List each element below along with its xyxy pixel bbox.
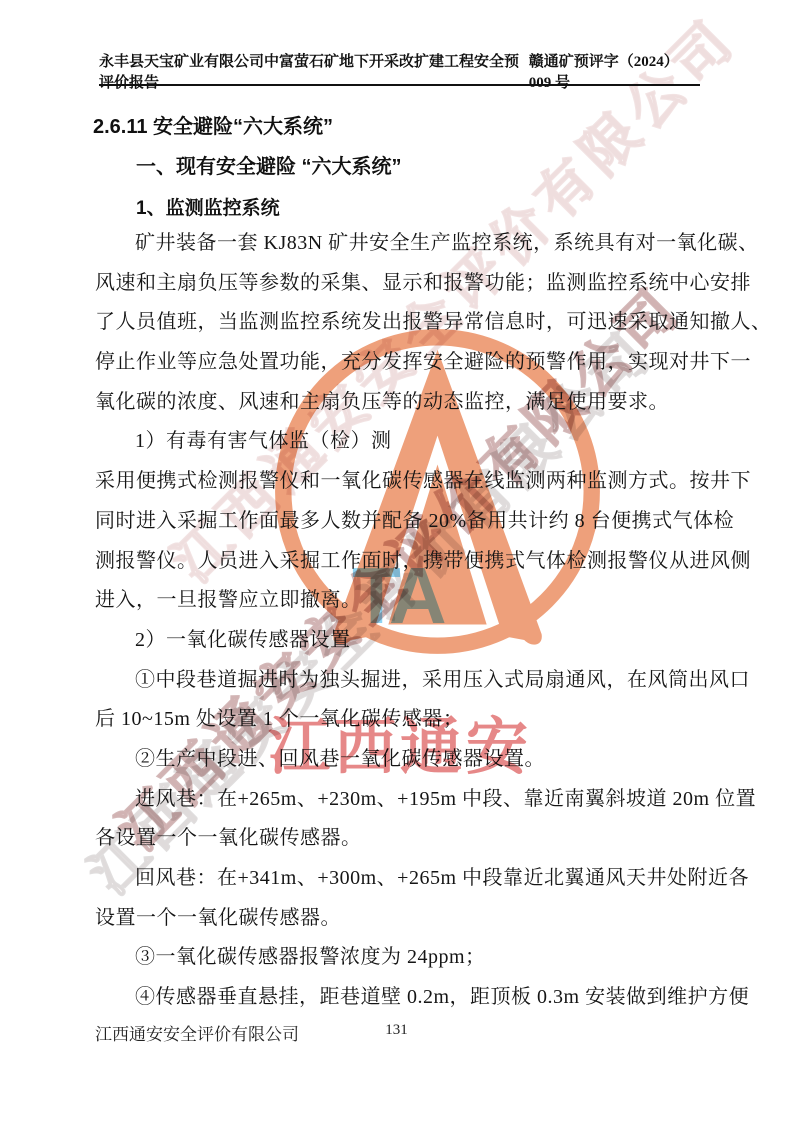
section-heading: 2.6.11 安全避险“六大系统” (93, 110, 333, 139)
page-header: 永丰县天宝矿业有限公司中富萤石矿地下开采改扩建工程安全预评价报告 赣通矿预评字（… (99, 52, 700, 94)
body-line: 了人员值班，当监测监控系统发出报警异常信息时，可迅速采取通知撤人、 (95, 303, 753, 343)
document-page: 江西通安安全评价有限公司 江西通安安全评价有限公司 江西通安安全评价有限公司 T… (0, 0, 793, 1122)
body-line: 进入，一旦报警应立即撤离。 (95, 581, 753, 621)
body-line: 矿井装备一套 KJ83N 矿井安全生产监控系统，系统具有对一氧化碳、 (95, 224, 753, 264)
sub-heading: 一、现有安全避险 “六大系统” (136, 150, 402, 179)
header-report-title: 永丰县天宝矿业有限公司中富萤石矿地下开采改扩建工程安全预评价报告 (99, 52, 529, 94)
body-line: 同时进入采掘工作面最多人数并配备 20%备用共计约 8 台便携式气体检 (95, 502, 753, 542)
body-line: 进风巷：在+265m、+230m、+195m 中段、靠近南翼斜坡道 20m 位置 (95, 780, 753, 820)
header-rule (99, 84, 700, 86)
body-line: 风速和主扇负压等参数的采集、显示和报警功能；监测监控系统中心安排 (95, 264, 753, 304)
body-line: 设置一个一氧化碳传感器。 (95, 899, 753, 939)
body-line: ④传感器垂直悬挂，距巷道壁 0.2m，距顶板 0.3m 安装做到维护方便 (95, 978, 753, 1018)
body-line: 采用便携式检测报警仪和一氧化碳传感器在线监测两种监测方式。按井下 (95, 462, 753, 502)
header-doc-number: 赣通矿预评字（2024）009 号 (529, 52, 700, 94)
body-line: 各设置一个一氧化碳传感器。 (95, 819, 753, 859)
body-line: 1）有毒有害气体监（检）测 (95, 422, 753, 462)
body-line: ③一氧化碳传感器报警浓度为 24ppm； (95, 938, 753, 978)
body-line: 2）一氧化碳传感器设置 (95, 621, 753, 661)
body-lines: 矿井装备一套 KJ83N 矿井安全生产监控系统，系统具有对一氧化碳、风速和主扇负… (95, 224, 753, 1018)
footer-page-number: 131 (0, 1022, 793, 1039)
body-line: ②生产中段进、回风巷一氧化碳传感器设置。 (95, 740, 753, 780)
body-line: 氧化碳的浓度、风速和主扇负压等的动态监控，满足使用要求。 (95, 383, 753, 423)
body-line: 回风巷：在+341m、+300m、+265m 中段靠近北翼通风天井处附近各 (95, 859, 753, 899)
sub-sub-heading: 1、监测监控系统 (136, 193, 280, 220)
body-line: ①中段巷道掘进时为独头掘进，采用压入式局扇通风，在风筒出风口 (95, 661, 753, 701)
body-line: 后 10~15m 处设置 1 个一氧化碳传感器； (95, 700, 753, 740)
body-line: 测报警仪。人员进入采掘工作面时，携带便携式气体检测报警仪从进风侧 (95, 542, 753, 582)
body-line: 停止作业等应急处置功能，充分发挥安全避险的预警作用，实现对井下一 (95, 343, 753, 383)
